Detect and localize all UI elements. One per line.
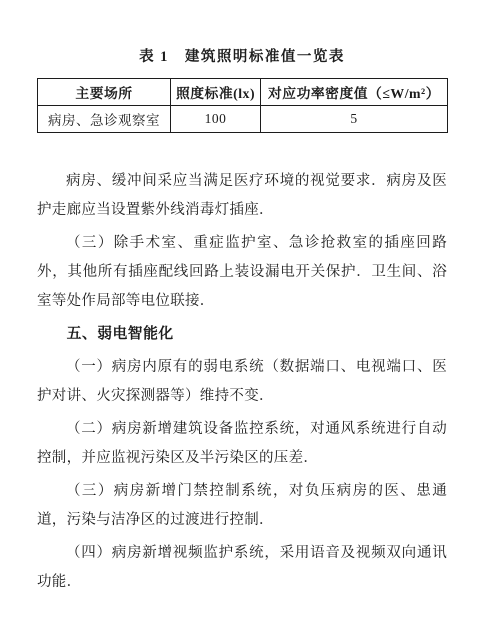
table-header-row: 主要场所 照度标准(lx) 对应功率密度值（≤W/m²） xyxy=(38,79,448,106)
table-header-cell-place: 主要场所 xyxy=(38,79,171,106)
table-cell-place: 病房、急诊观察室 xyxy=(38,106,171,133)
table-cell-power-density: 5 xyxy=(261,106,448,133)
table-row: 病房、急诊观察室 100 5 xyxy=(38,106,448,133)
paragraph-lighting-requirements: 病房、缓冲间采应当满足医疗环境的视觉要求．病房及医护走廊应当设置紫外线消毒灯插座… xyxy=(37,167,447,225)
table-cell-illuminance: 100 xyxy=(171,106,261,133)
paragraph-existing-weak-current-systems: （一）病房内原有的弱电系统（数据端口、电视端口、医护对讲、火灾探测器等）维持不变… xyxy=(37,353,447,411)
section-heading-weak-current: 五、弱电智能化 xyxy=(37,320,447,349)
paragraph-access-control-system: （三）病房新增门禁控制系统，对负压病房的医、患通道，污染与洁净区的过渡进行控制． xyxy=(37,477,447,535)
paragraph-building-automation-system: （二）病房新增建筑设备监控系统，对通风系统进行自动控制，并应监视污染区及半污染区… xyxy=(37,415,447,473)
lighting-standards-table: 主要场所 照度标准(lx) 对应功率密度值（≤W/m²） 病房、急诊观察室 10… xyxy=(37,78,448,133)
page-content: 表 1 建筑照明标准值一览表 主要场所 照度标准(lx) 对应功率密度值（≤W/… xyxy=(0,0,483,597)
paragraph-video-monitoring-system: （四）病房新增视频监护系统，采用语音及视频双向通讯功能． xyxy=(37,539,447,597)
table-header-cell-power-density: 对应功率密度值（≤W/m²） xyxy=(261,79,448,106)
table-caption: 表 1 建筑照明标准值一览表 xyxy=(37,47,447,67)
paragraph-socket-circuit-protection: （三）除手术室、重症监护室、急诊抢救室的插座回路外，其他所有插座配线回路上装设漏… xyxy=(37,229,447,316)
document-page: 表 1 建筑照明标准值一览表 主要场所 照度标准(lx) 对应功率密度值（≤W/… xyxy=(0,0,483,618)
table-header-cell-illuminance: 照度标准(lx) xyxy=(171,79,261,106)
